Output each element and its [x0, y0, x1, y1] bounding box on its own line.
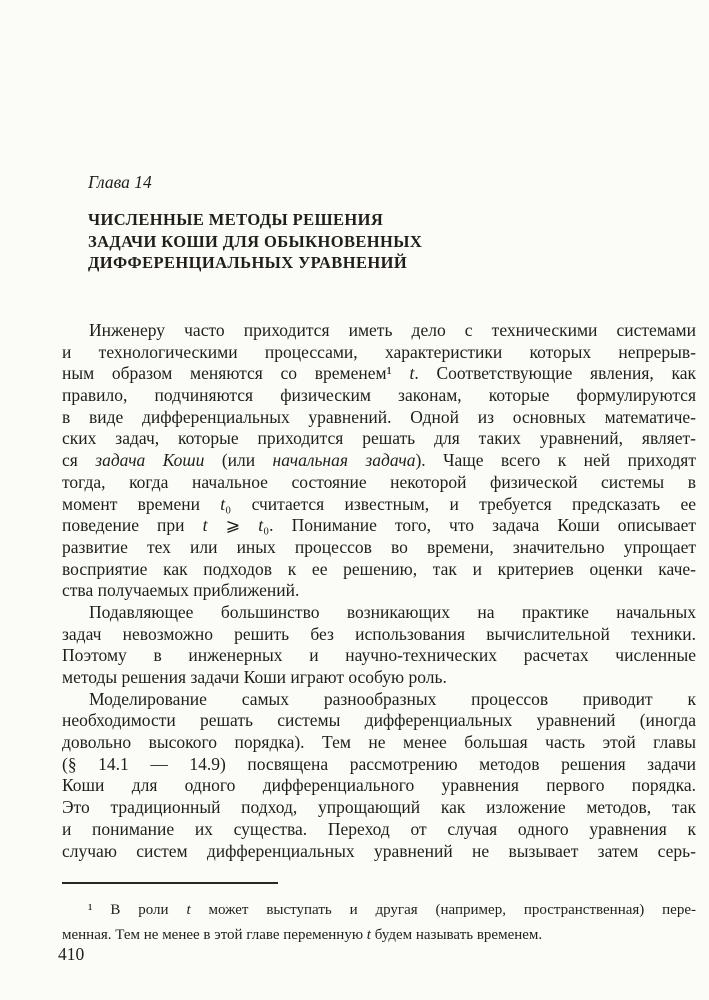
text-segment: (§ 14.1 — 14.9) посвящена рассмотрению м… [62, 754, 696, 774]
text-line: и понимание их существа. Переход от случ… [62, 819, 696, 841]
text-line: Инженеру часто приходится иметь дело с т… [62, 320, 696, 342]
text-line: довольно высокого порядка). Тем не менее… [62, 732, 696, 754]
text-segment: ских задач, которые приходится решать дл… [62, 428, 696, 448]
text-line: методы решения задачи Коши играют особую… [62, 667, 696, 689]
text-segment: . Соответствующие явления, как [414, 363, 696, 383]
text-line: восприятие как подходов к ее решению, та… [62, 559, 696, 581]
text-segment: тогда, когда начальное состояние некотор… [62, 472, 696, 492]
text-line: случаю систем дифференциальных уравнений… [62, 841, 696, 863]
text-line: ства получаемых приближений. [62, 580, 696, 602]
text-segment: ). Чаще всего к ней приходят [415, 450, 696, 470]
text-line: Это традиционный подход, упрощающий как … [62, 797, 696, 819]
text-segment: ным образом меняются со временем¹ [62, 363, 410, 383]
text-segment: ⩾ [207, 515, 258, 535]
text-line: (§ 14.1 — 14.9) посвящена рассмотрению м… [62, 754, 696, 776]
text-segment: ся [62, 450, 95, 470]
text-line: задач невозможно решить без использовани… [62, 624, 696, 646]
paragraph: Моделирование самых разнообразных процес… [62, 689, 696, 863]
text-line: в виде дифференциальных уравнений. Одной… [62, 407, 696, 429]
text-segment: Инженеру часто приходится иметь дело с т… [89, 320, 696, 340]
text-line: момент времени t₀ считается известным, и… [62, 494, 696, 516]
text-segment: Подавляющее большинство возникающих на п… [89, 602, 696, 622]
title-line: ЧИСЛЕННЫЕ МЕТОДЫ РЕШЕНИЯ [88, 209, 422, 231]
book-page: Глава 14 ЧИСЛЕННЫЕ МЕТОДЫ РЕШЕНИЯЗАДАЧИ … [0, 0, 709, 1000]
text-segment: методы решения задачи Коши играют особую… [62, 667, 447, 687]
italic-text: задача Коши [95, 450, 204, 470]
text-segment: задач невозможно решить без использовани… [62, 624, 696, 644]
text-segment: восприятие как подходов к ее решению, та… [62, 559, 696, 579]
text-segment: Моделирование самых разнообразных процес… [89, 689, 696, 709]
paragraph: Подавляющее большинство возникающих на п… [62, 602, 696, 689]
text-line: ся задача Коши (или начальная задача). Ч… [62, 450, 696, 472]
text-line: необходимости решать системы дифференциа… [62, 710, 696, 732]
text-line: Коши для одного дифференциального уравне… [62, 775, 696, 797]
text-segment: Коши для одного дифференциального уравне… [62, 775, 696, 795]
text-line: Моделирование самых разнообразных процес… [62, 689, 696, 711]
page-number: 410 [58, 943, 84, 965]
chapter-title: ЧИСЛЕННЫЕ МЕТОДЫ РЕШЕНИЯЗАДАЧИ КОШИ ДЛЯ … [88, 209, 422, 274]
text-line: правило, подчиняются физическим законам,… [62, 385, 696, 407]
text-segment: довольно высокого порядка). Тем не менее… [62, 732, 696, 752]
text-line: Поэтому в инженерных и научно-технически… [62, 645, 696, 667]
text-segment: развитие тех или иных процессов во време… [62, 537, 696, 557]
text-segment: (или [204, 450, 272, 470]
text-segment: необходимости решать системы дифференциа… [62, 710, 696, 730]
text-segment: и понимание их существа. Переход от случ… [62, 819, 696, 839]
text-segment: ₀. Понимание того, что задача Коши описы… [263, 515, 696, 535]
text-line: поведение при t ⩾ t₀. Понимание того, чт… [62, 515, 696, 537]
footnote: ¹ В роли t может выступать и другая (нап… [62, 898, 696, 948]
text-line: тогда, когда начальное состояние некотор… [62, 472, 696, 494]
text-line: развитие тех или иных процессов во време… [62, 537, 696, 559]
footnote-divider [62, 882, 278, 884]
text-line: ских задач, которые приходится решать дл… [62, 428, 696, 450]
title-line: ДИФФЕРЕНЦИАЛЬНЫХ УРАВНЕНИЙ [88, 252, 422, 274]
text-line: менная. Тем не менее в этой главе переме… [62, 923, 696, 948]
text-segment: ₀ считается известным, и требуется предс… [225, 494, 696, 514]
text-line: ным образом меняются со временем¹ t. Соо… [62, 363, 696, 385]
text-segment: и технологическими процессами, характери… [62, 342, 696, 362]
paragraph: Инженеру часто приходится иметь дело с т… [62, 320, 696, 602]
text-segment: ¹ В роли [88, 902, 186, 918]
italic-text: начальная задача [273, 450, 416, 470]
text-segment: в виде дифференциальных уравнений. Одной… [62, 407, 696, 427]
text-line: и технологическими процессами, характери… [62, 342, 696, 364]
text-line: Подавляющее большинство возникающих на п… [62, 602, 696, 624]
text-segment: правило, подчиняются физическим законам,… [62, 385, 696, 405]
body-text: Инженеру часто приходится иметь дело с т… [62, 320, 696, 862]
text-segment: ства получаемых приближений. [62, 580, 299, 600]
text-segment: Поэтому в инженерных и научно-технически… [62, 645, 696, 665]
chapter-label: Глава 14 [88, 171, 152, 193]
text-segment: момент времени [62, 494, 220, 514]
text-segment: случаю систем дифференциальных уравнений… [62, 841, 696, 861]
text-segment: может выступать и другая (например, прос… [191, 902, 696, 918]
text-segment: поведение при [62, 515, 203, 535]
title-line: ЗАДАЧИ КОШИ ДЛЯ ОБЫКНОВЕННЫХ [88, 231, 422, 253]
text-segment: будем называть временем. [371, 927, 542, 943]
text-line: ¹ В роли t может выступать и другая (нап… [62, 898, 696, 923]
text-segment: Это традиционный подход, упрощающий как … [62, 797, 696, 817]
text-segment: менная. Тем не менее в этой главе переме… [62, 927, 367, 943]
